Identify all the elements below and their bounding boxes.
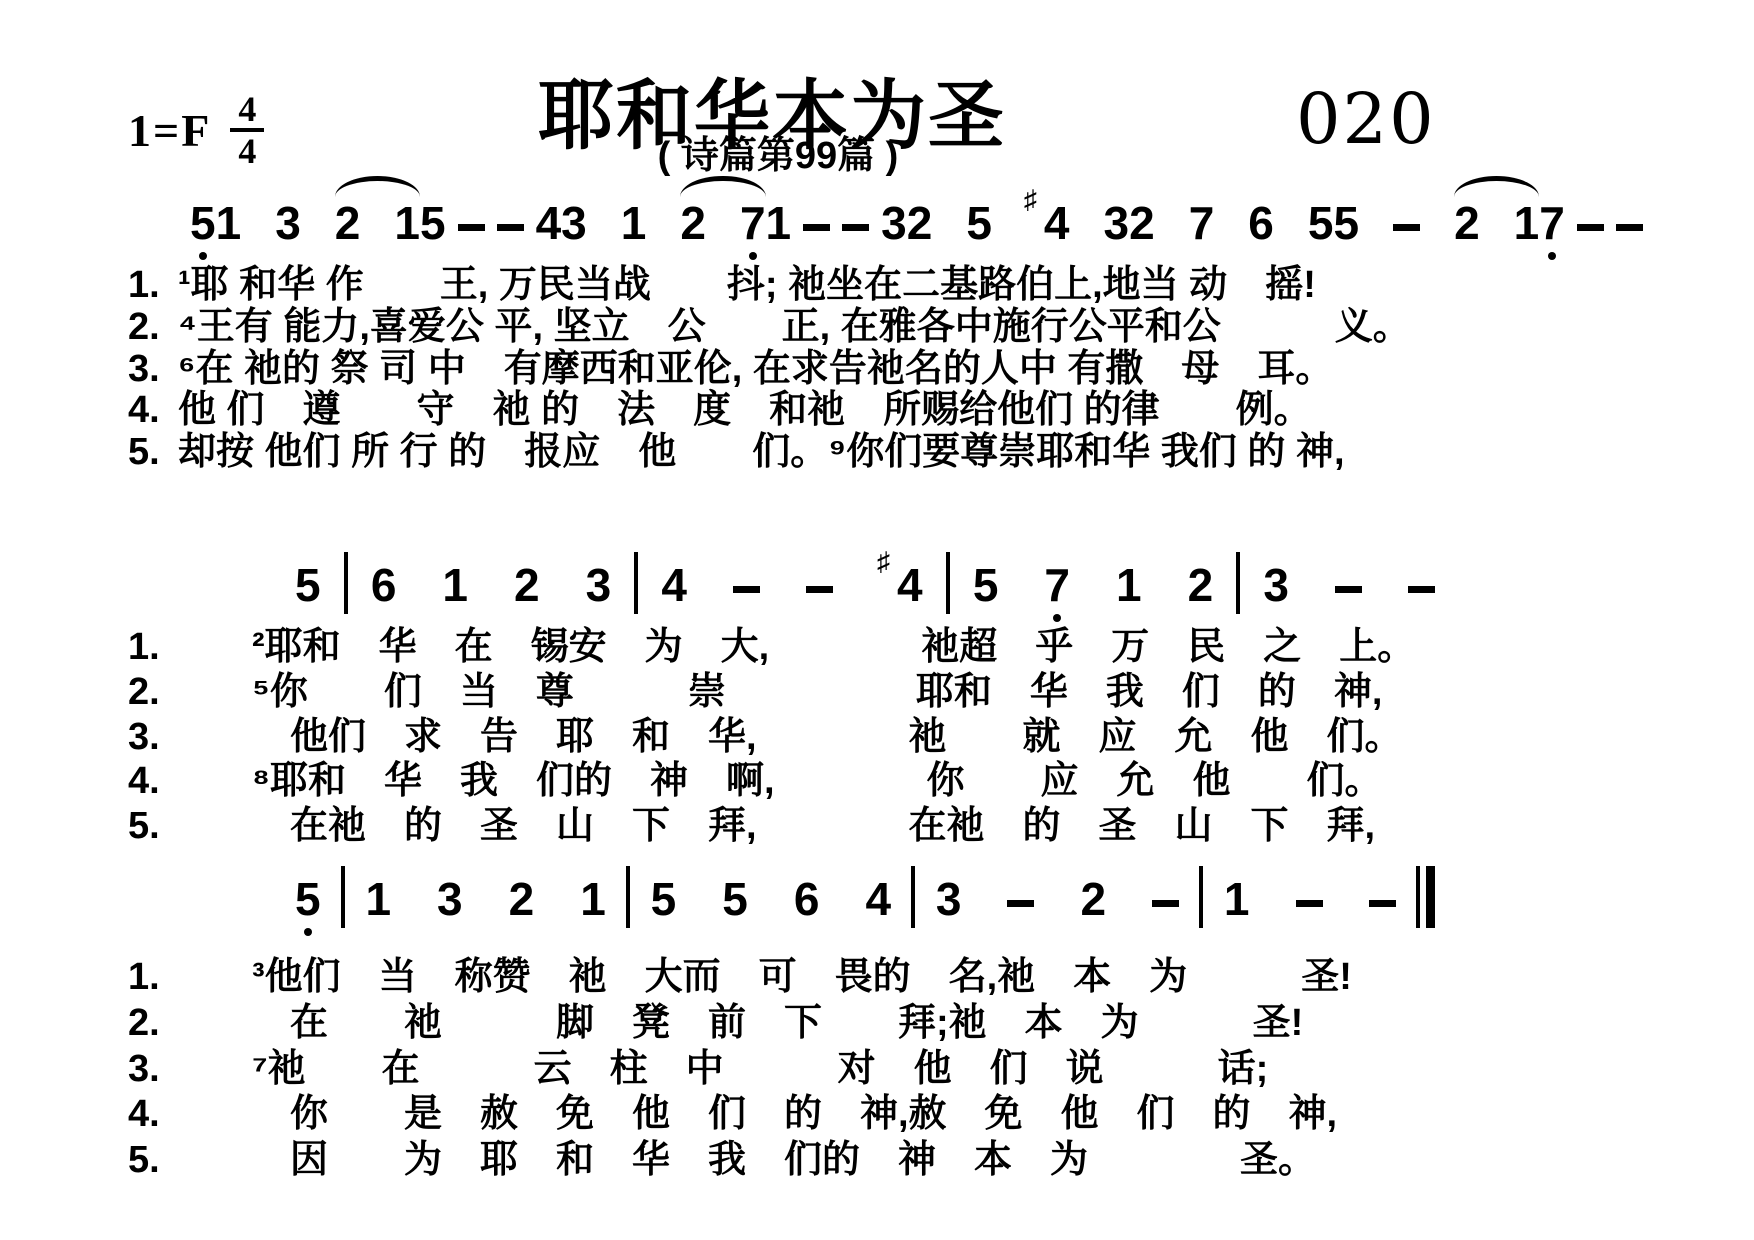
note: ♯4 (897, 562, 923, 608)
note: 3 (561, 200, 587, 246)
measure: 7 (1539, 200, 1643, 246)
verse-number: 4. (128, 1095, 252, 1134)
verse-number: 3. (128, 1050, 252, 1089)
verse-row: 5.却按 他们 所 行 的 报应 他 们。⁹你们要尊崇耶和华 我们 的 神, (128, 433, 1411, 472)
slur-group: 27 (680, 200, 765, 246)
barline (341, 866, 345, 928)
barline (946, 552, 950, 614)
sustain-dash (1616, 224, 1643, 231)
note: 1 (442, 562, 468, 608)
barline (1199, 866, 1203, 928)
verse-number: 1. (128, 958, 252, 997)
verse-row: 3.⁷祂 在 云 柱 中 对 他 们 说 话; (128, 1050, 1352, 1089)
verse-text: ⁷祂 在 云 柱 中 对 他 们 说 话; (252, 1050, 1268, 1089)
measure: 521 (1333, 200, 1539, 246)
note: 3 (275, 200, 301, 246)
measure: 2765 (1129, 200, 1333, 246)
barline (634, 552, 638, 614)
verse-row: 4.他 们 遵 守 祂 的 法 度 和祂 所赐给他们 的律 例。 (128, 391, 1411, 430)
measure: 3127 (561, 200, 765, 246)
verse-number: 1. (128, 266, 178, 305)
verse-block-2: 1.²耶和 华 在 锡安 为 大, 祂超 乎 万 民 之 上。2.⁵你 们 当 … (128, 628, 1415, 852)
measure: 5 (190, 200, 216, 246)
measure: 5712 (973, 562, 1213, 608)
note: 5 (295, 562, 321, 608)
verse-text: ¹耶 和华 作 王, 万民当战 抖; 祂坐在二基路伯上,地当 动 摇! (178, 266, 1316, 305)
note: 3 (881, 200, 907, 246)
final-bar-thick (1426, 866, 1435, 928)
sustain-dash (1408, 586, 1435, 593)
sustain-dash (1369, 900, 1396, 907)
verse-row: 1.¹耶 和华 作 王, 万民当战 抖; 祂坐在二基路伯上,地当 动 摇! (128, 266, 1411, 305)
measure: 3 (1263, 562, 1435, 608)
note: 7 (1539, 200, 1565, 246)
note: 4 (661, 562, 687, 608)
time-signature: 4 4 (225, 92, 269, 168)
barline (626, 866, 630, 928)
sharp-icon: ♯ (877, 548, 890, 574)
music-line-3: 513215564321 (295, 866, 1435, 922)
barline (1236, 552, 1240, 614)
note: 6 (1248, 200, 1274, 246)
barline (344, 552, 348, 614)
verse-text: 在祂 的 圣 山 下 拜, 在祂 的 圣 山 下 拜, (252, 807, 1375, 846)
note: 2 (1080, 876, 1106, 922)
note: ♯4 (1044, 200, 1070, 246)
note: 5 (190, 200, 216, 246)
verse-number: 4. (128, 391, 178, 430)
note: 6 (794, 876, 820, 922)
verse-row: 4.⁸耶和 华 我 们的 神 啊, 你 应 允 他 们。 (128, 762, 1415, 801)
hymn-number: 020 (1296, 84, 1436, 154)
verse-row: 5. 在祂 的 圣 山 下 拜, 在祂 的 圣 山 下 拜, (128, 807, 1415, 846)
note: 2 (907, 200, 933, 246)
note: 2 (335, 200, 361, 246)
verse-text: ²耶和 华 在 锡安 为 大, 祂超 乎 万 民 之 上。 (252, 628, 1415, 667)
verse-number: 5. (128, 807, 252, 846)
verse-text: ⁴王有 能力,喜爱公 平, 坚立 公 正, 在雅各中施行公平和公 义。 (178, 308, 1411, 347)
verse-number: 1. (128, 628, 252, 667)
sustain-dash (842, 224, 869, 231)
note: 5 (722, 876, 748, 922)
measure: 13 (766, 200, 907, 246)
sustain-dash (806, 586, 833, 593)
verse-number: 3. (128, 350, 178, 389)
sustain-dash (497, 224, 524, 231)
note: 7 (740, 200, 766, 246)
sustain-dash (1577, 224, 1604, 231)
key-label: 1=F (128, 104, 211, 157)
measure: 5 (295, 876, 321, 922)
measure: 1321 (365, 876, 605, 922)
note: 3 (586, 562, 612, 608)
verse-block-3: 1.³他们 当 称赞 祂 大而 可 畏的 名,祂 本 为 圣!2. 在 祂 脚 … (128, 958, 1352, 1187)
barline (911, 866, 915, 928)
note: 5 (651, 876, 677, 922)
measure: 6123 (371, 562, 611, 608)
verse-row: 3. 他们 求 告 耶 和 华, 祂 就 应 允 他 们。 (128, 718, 1415, 757)
measure: 1321 (216, 200, 420, 246)
note: 2 (1454, 200, 1480, 246)
note: 3 (1263, 562, 1289, 608)
note: 2 (680, 200, 706, 246)
note: 1 (216, 200, 242, 246)
slur-group: 21 (1454, 200, 1539, 246)
measure: 32 (936, 876, 1179, 922)
note: 5 (1308, 200, 1334, 246)
sustain-dash (1007, 900, 1034, 907)
note: 7 (1189, 200, 1215, 246)
verse-row: 1.²耶和 华 在 锡安 为 大, 祂超 乎 万 民 之 上。 (128, 628, 1415, 667)
hymn-sheet-page: 1=F 4 4 耶和华本为圣 ( 诗篇第99篇 ) 020 5132154312… (0, 0, 1754, 1240)
music-line-2: 561234♯457123 (295, 552, 1435, 608)
final-bar-thin (1416, 866, 1420, 928)
sustain-dash (1152, 900, 1179, 907)
verse-number: 2. (128, 308, 178, 347)
verse-text: ³他们 当 称赞 祂 大而 可 畏的 名,祂 本 为 圣! (252, 958, 1352, 997)
note: 1 (394, 200, 420, 246)
note: 1 (766, 200, 792, 246)
note: 6 (371, 562, 397, 608)
note: 4 (536, 200, 562, 246)
verse-row: 2. 在 祂 脚 凳 前 下 拜;祂 本 为 圣! (128, 1004, 1352, 1043)
note: 7 (1044, 562, 1070, 608)
verse-text: ⁶在 祂的 祭 司 中 有摩西和亚伦, 在求告祂名的人中 有撒 母 耳。 (178, 350, 1333, 389)
note: 2 (514, 562, 540, 608)
verse-number: 2. (128, 673, 252, 712)
key-signature: 1=F 4 4 (128, 92, 269, 168)
sustain-dash (1335, 586, 1362, 593)
verse-number: 2. (128, 1004, 252, 1043)
note: 2 (1188, 562, 1214, 608)
note: 2 (1129, 200, 1155, 246)
note: 1 (1224, 876, 1250, 922)
verse-text: 他 们 遵 守 祂 的 法 度 和祂 所赐给他们 的律 例。 (178, 391, 1312, 430)
note: 3 (437, 876, 463, 922)
verse-row: 2.⁴王有 能力,喜爱公 平, 坚立 公 正, 在雅各中施行公平和公 义。 (128, 308, 1411, 347)
verse-row: 2.⁵你 们 当 尊 崇 耶和 华 我 们 的 神, (128, 673, 1415, 712)
note: 5 (295, 876, 321, 922)
verse-text: ⁸耶和 华 我 们的 神 啊, 你 应 允 他 们。 (252, 762, 1383, 801)
note: 5 (973, 562, 999, 608)
slur-group: 21 (335, 200, 420, 246)
note: 5 (420, 200, 446, 246)
verse-number: 5. (128, 433, 178, 472)
verse-text: 在 祂 脚 凳 前 下 拜;祂 本 为 圣! (252, 1004, 1303, 1043)
note: 5 (966, 200, 992, 246)
note: 2 (509, 876, 535, 922)
sharp-icon: ♯ (1024, 186, 1037, 212)
note: 1 (580, 876, 606, 922)
time-denominator: 4 (238, 134, 256, 168)
measure: 1 (1224, 876, 1396, 922)
measure: 54 (420, 200, 561, 246)
verse-row: 1.³他们 当 称赞 祂 大而 可 畏的 名,祂 本 为 圣! (128, 958, 1352, 997)
note: 1 (1514, 200, 1540, 246)
verse-row: 3.⁶在 祂的 祭 司 中 有摩西和亚伦, 在求告祂名的人中 有撒 母 耳。 (128, 350, 1411, 389)
measure: 5564 (651, 876, 891, 922)
note: 3 (936, 876, 962, 922)
time-numerator: 4 (238, 92, 256, 126)
subtitle: ( 诗篇第99篇 ) (658, 124, 899, 179)
verse-text: 你 是 赦 免 他 们 的 神,赦 免 他 们 的 神, (252, 1095, 1337, 1134)
verse-number: 4. (128, 762, 252, 801)
verse-row: 4. 你 是 赦 免 他 们 的 神,赦 免 他 们 的 神, (128, 1095, 1352, 1134)
note: 3 (1104, 200, 1130, 246)
measure: 25♯43 (907, 200, 1129, 246)
verse-text: 却按 他们 所 行 的 报应 他 们。⁹你们要尊崇耶和华 我们 的 神, (178, 433, 1345, 472)
final-barline (1416, 866, 1435, 928)
verse-number: 3. (128, 718, 252, 757)
verse-text: 他们 求 告 耶 和 华, 祂 就 应 允 他 们。 (252, 718, 1403, 757)
sustain-dash (733, 586, 760, 593)
measure: 4♯4 (661, 562, 922, 608)
verse-row: 5. 因 为 耶 和 华 我 们的 神 本 为 圣。 (128, 1141, 1352, 1180)
sustain-dash (803, 224, 830, 231)
note: 1 (365, 876, 391, 922)
sustain-dash (458, 224, 485, 231)
sustain-dash (1296, 900, 1323, 907)
note: 1 (1116, 562, 1142, 608)
sustain-dash (1393, 224, 1420, 231)
music-line-1: 513215431271325♯4327655217 (190, 190, 1535, 246)
note: 5 (1333, 200, 1359, 246)
note: 4 (865, 876, 891, 922)
verse-number: 5. (128, 1141, 252, 1180)
verse-block-1: 1.¹耶 和华 作 王, 万民当战 抖; 祂坐在二基路伯上,地当 动 摇!2.⁴… (128, 266, 1411, 475)
note: 1 (621, 200, 647, 246)
measure: 5 (295, 562, 321, 608)
verse-text: ⁵你 们 当 尊 崇 耶和 华 我 们 的 神, (252, 673, 1382, 712)
verse-text: 因 为 耶 和 华 我 们的 神 本 为 圣。 (252, 1141, 1316, 1180)
